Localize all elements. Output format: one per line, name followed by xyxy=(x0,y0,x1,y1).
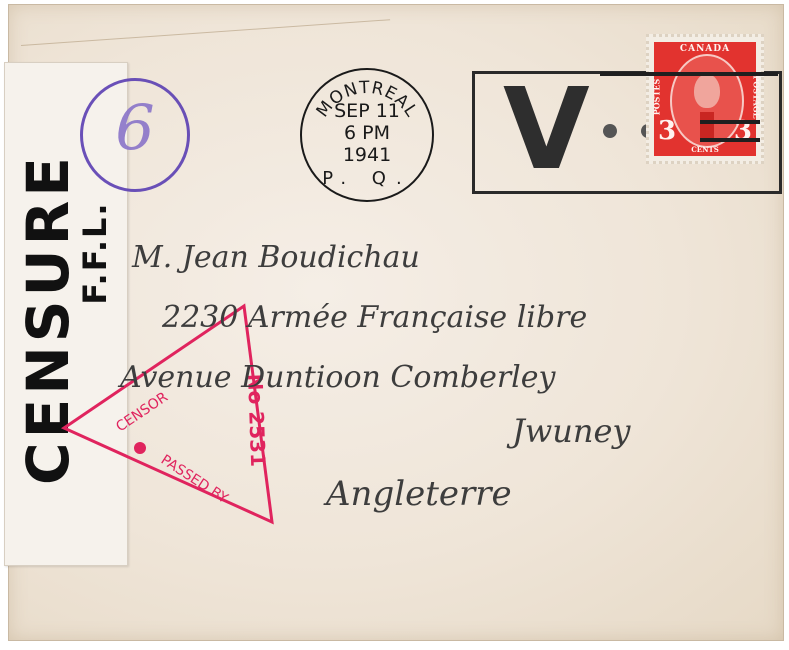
cancel-bar xyxy=(700,138,760,142)
address-line-recipient: M. Jean Boudichau xyxy=(132,240,420,275)
circle-number: 6 xyxy=(83,91,187,164)
postmark-time: 6 PM xyxy=(302,122,432,144)
king-portrait xyxy=(670,54,744,148)
postmark-province: P. Q. xyxy=(302,168,432,189)
v-letter: V xyxy=(503,70,590,190)
cancel-bar xyxy=(700,120,760,124)
cancel-bar xyxy=(600,72,778,76)
postage-stamp: CANADA POSTES POSTAGE 3 3 CENTS xyxy=(646,34,764,164)
stamp-country: CANADA xyxy=(654,44,756,54)
postmark-date: SEP 11 xyxy=(302,100,432,122)
stamp-left-text: POSTES xyxy=(651,79,661,116)
address-line-town: Jwuney xyxy=(512,412,630,450)
postmark-year: 1941 xyxy=(302,144,432,166)
address-line-country: Angleterre xyxy=(326,474,512,514)
stamp-unit: CENTS xyxy=(654,145,756,154)
passed-by-censor-triangle: CENSOR PASSED BY No 2531 xyxy=(60,302,280,528)
montreal-postmark: MONTREAL SEP 11 6 PM 1941 P. Q. xyxy=(300,68,434,202)
stamp-right-text: POSTAGE xyxy=(751,75,761,118)
circle-handstamp: 6 xyxy=(80,78,190,192)
svg-text:CENSOR: CENSOR xyxy=(113,389,171,435)
svg-text:PASSED BY: PASSED BY xyxy=(158,452,231,507)
flap-fold xyxy=(21,19,390,46)
address-line-street: Avenue Duntioon Comberley xyxy=(120,360,555,395)
address-line-unit: 2230 Armée Française libre xyxy=(162,300,587,335)
stamp-value-left: 3 xyxy=(658,116,676,146)
morse-dot-icon xyxy=(603,124,617,138)
portrait-face xyxy=(694,74,720,108)
